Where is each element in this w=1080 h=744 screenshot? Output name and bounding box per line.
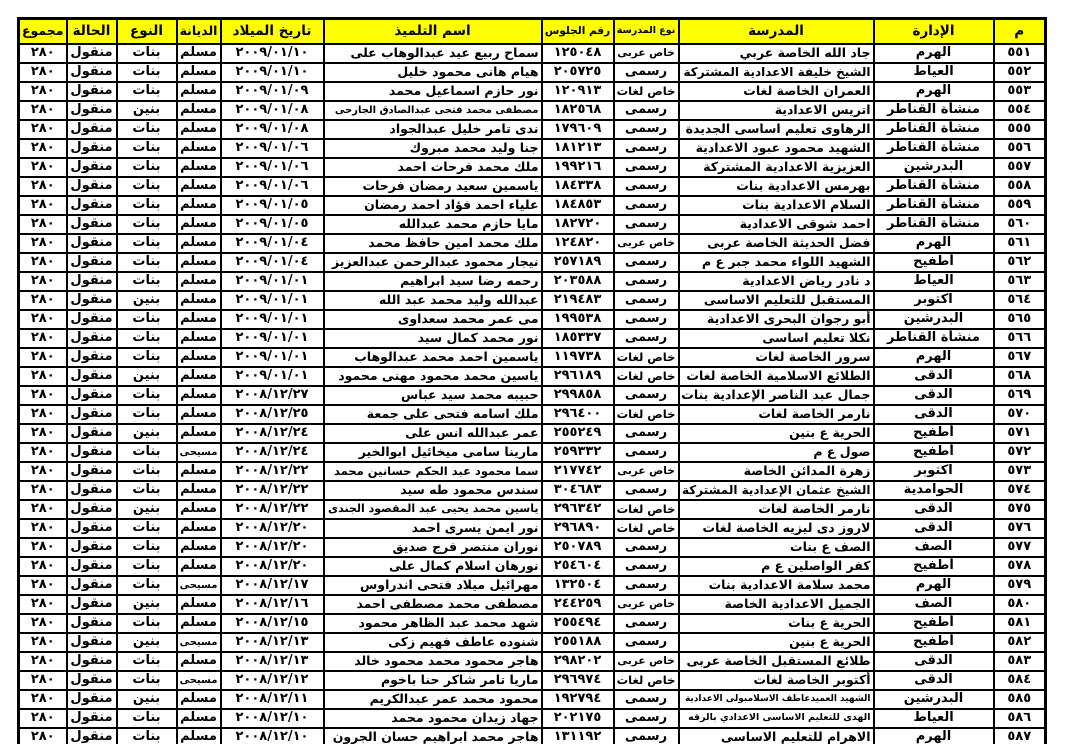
- cell-gender: بنات: [117, 139, 177, 158]
- cell-birth-date: ٢٠٠٩/٠١/٠٦: [221, 139, 324, 158]
- cell-serial: ٥٥٦: [994, 139, 1046, 158]
- table-row: ٥٨٣ الدقى طلائع المستقبل الخاصة عربى خاص…: [19, 652, 1046, 671]
- cell-total: ٢٨٠: [19, 63, 67, 82]
- cell-religion: مسلم: [177, 462, 221, 481]
- table-row: ٥٧٦ الدقى لاروز دى ليزيه الخاصة لغات خاص…: [19, 519, 1046, 538]
- cell-religion: مسلم: [177, 690, 221, 709]
- cell-serial: ٥٦٠: [994, 215, 1046, 234]
- cell-serial: ٥٥٣: [994, 82, 1046, 101]
- cell-serial: ٥٥٨: [994, 177, 1046, 196]
- cell-gender: بنات: [117, 177, 177, 196]
- cell-birth-date: ٢٠٠٩/٠١/٠١: [221, 329, 324, 348]
- table-row: ٥٧٥ الدقى نارمر الخاصة لغات خاص لغات ٢٩٦…: [19, 500, 1046, 519]
- cell-total: ٢٨٠: [19, 329, 67, 348]
- cell-administration: أطفيح: [874, 633, 994, 652]
- cell-gender: بنات: [117, 63, 177, 82]
- cell-religion: مسلم: [177, 519, 221, 538]
- table-row: ٥٦٢ أطفيح الشهيد اللواء محمد جبر ع م رسم…: [19, 253, 1046, 272]
- column-header-seat-number: رقم الجلوس: [542, 19, 614, 45]
- cell-seat-number: ٢٩٩٨٥٨: [542, 386, 614, 405]
- table-row: ٥٥٤ منشأة القناطر اتريس الاعدادية رسمى ١…: [19, 101, 1046, 120]
- cell-serial: ٥٦١: [994, 234, 1046, 253]
- cell-student-name: ياسمين احمد محمد عبدالوهاب: [324, 348, 542, 367]
- cell-religion: مسيحى: [177, 576, 221, 595]
- cell-birth-date: ٢٠٠٩/٠١/٠٤: [221, 253, 324, 272]
- cell-religion: مسلم: [177, 215, 221, 234]
- cell-administration: الهرم: [874, 44, 994, 63]
- cell-student-name: حبيبه محمد سيد عباس: [324, 386, 542, 405]
- cell-school-type: رسمى: [614, 443, 679, 462]
- cell-student-name: جنا وليد محمد مبروك: [324, 139, 542, 158]
- cell-school-type: خاص عربى: [614, 462, 679, 481]
- cell-school: الحرية ع بنات: [679, 614, 874, 633]
- cell-total: ٢٨٠: [19, 614, 67, 633]
- cell-student-name: هيام هانى محمود خليل: [324, 63, 542, 82]
- cell-administration: منشأة القناطر: [874, 101, 994, 120]
- cell-school-type: رسمى: [614, 272, 679, 291]
- cell-school: المستقبل للتعليم الاساسى: [679, 291, 874, 310]
- table-row: ٥٦٨ الدقى الطلائع الاسلامية الخاصة لغات …: [19, 367, 1046, 386]
- cell-total: ٢٨٠: [19, 386, 67, 405]
- cell-seat-number: ١٩٢٧٩٤: [542, 690, 614, 709]
- cell-total: ٢٨٠: [19, 557, 67, 576]
- cell-religion: مسلم: [177, 709, 221, 728]
- cell-gender: بنات: [117, 443, 177, 462]
- cell-status: منقول: [67, 405, 117, 424]
- cell-student-name: جهاد زيدان محمود محمد: [324, 709, 542, 728]
- cell-status: منقول: [67, 633, 117, 652]
- cell-total: ٢٨٠: [19, 44, 67, 63]
- cell-total: ٢٨٠: [19, 101, 67, 120]
- cell-student-name: عبدالله وليد محمد عبد الله: [324, 291, 542, 310]
- table-row: ٥٧٣ اكتوبر زهرة المدائن الخاصة خاص عربى …: [19, 462, 1046, 481]
- cell-serial: ٥٦٤: [994, 291, 1046, 310]
- cell-gender: بنات: [117, 120, 177, 139]
- cell-total: ٢٨٠: [19, 234, 67, 253]
- cell-serial: ٥٨٧: [994, 728, 1046, 744]
- cell-total: ٢٨٠: [19, 595, 67, 614]
- cell-student-name: ياسمين سعيد رمضان فرحات: [324, 177, 542, 196]
- cell-seat-number: ٢٩٦٨٩٠: [542, 519, 614, 538]
- cell-student-name: ياسين محمد محمود مهنى محمود: [324, 367, 542, 386]
- cell-total: ٢٨٠: [19, 690, 67, 709]
- cell-school: الجميل الاعدادية الخاصة: [679, 595, 874, 614]
- cell-student-name: محمود محمد عمر عبدالكريم: [324, 690, 542, 709]
- cell-school-type: خاص عربى: [614, 234, 679, 253]
- cell-status: منقول: [67, 386, 117, 405]
- cell-seat-number: ٣٠٤٦٨٣: [542, 481, 614, 500]
- cell-total: ٢٨٠: [19, 671, 67, 690]
- table-row: ٥٨٥ البدرشين الشهيد العميدعاطف الاسلامبو…: [19, 690, 1046, 709]
- cell-seat-number: ١٢٤٨٢٠: [542, 234, 614, 253]
- cell-student-name: مصطفى محمد فتحى عبدالصادق الجارحى: [324, 101, 542, 120]
- cell-total: ٢٨٠: [19, 652, 67, 671]
- cell-seat-number: ١١٩٧٣٨: [542, 348, 614, 367]
- cell-total: ٢٨٠: [19, 728, 67, 744]
- table-row: ٥٧٤ الحوامدية الشيخ عثمان الإعدادية المش…: [19, 481, 1046, 500]
- cell-school: سرور الخاصة لغات: [679, 348, 874, 367]
- cell-school-type: رسمى: [614, 386, 679, 405]
- cell-status: منقول: [67, 652, 117, 671]
- cell-school: الهدى للتعليم الاساسى الاعدادي بالرقه: [679, 709, 874, 728]
- cell-student-name: سما محمود عبد الحكم حسانين محمد: [324, 462, 542, 481]
- cell-religion: مسلم: [177, 44, 221, 63]
- cell-religion: مسلم: [177, 595, 221, 614]
- cell-religion: مسلم: [177, 614, 221, 633]
- table-row: ٥٥٦ منشأة القناطر الشهيد محمود عبود الاع…: [19, 139, 1046, 158]
- cell-serial: ٥٧٨: [994, 557, 1046, 576]
- cell-school-type: رسمى: [614, 291, 679, 310]
- cell-school: لاروز دى ليزيه الخاصة لغات: [679, 519, 874, 538]
- cell-administration: منشأة القناطر: [874, 215, 994, 234]
- student-results-sheet: م الإدارة المدرسة نوع المدرسة رقم الجلوس…: [0, 0, 1080, 744]
- cell-seat-number: ٢٩٦٤٠٠: [542, 405, 614, 424]
- cell-school-type: رسمى: [614, 253, 679, 272]
- cell-school-type: رسمى: [614, 728, 679, 744]
- cell-religion: مسلم: [177, 63, 221, 82]
- table-body: ٥٥١ الهرم جاد الله الخاصة عربي خاص عربى …: [19, 44, 1046, 744]
- cell-seat-number: ٢٩٨٢٠٢: [542, 652, 614, 671]
- cell-birth-date: ٢٠٠٩/٠١/٠٥: [221, 196, 324, 215]
- cell-seat-number: ١٨٤٣٣٨: [542, 177, 614, 196]
- cell-seat-number: ١٢٠٩١٣: [542, 82, 614, 101]
- column-header-student-name: اسم التلميذ: [324, 19, 542, 45]
- cell-school: فضل الحديثة الخاصة عربى: [679, 234, 874, 253]
- cell-total: ٢٨٠: [19, 139, 67, 158]
- cell-student-name: نور حازم اسماعيل محمد: [324, 82, 542, 101]
- cell-status: منقول: [67, 291, 117, 310]
- cell-birth-date: ٢٠٠٩/٠١/٠١: [221, 291, 324, 310]
- table-row: ٥٥٢ العياط الشيخ خليفة الاعدادية المشترك…: [19, 63, 1046, 82]
- cell-school-type: خاص عربى: [614, 595, 679, 614]
- cell-status: منقول: [67, 367, 117, 386]
- cell-gender: بنات: [117, 310, 177, 329]
- cell-administration: منشأة القناطر: [874, 177, 994, 196]
- table-row: ٥٥٩ منشأة القناطر السلام الاعدادية بنات …: [19, 196, 1046, 215]
- cell-seat-number: ٢٠٣٥٨٨: [542, 272, 614, 291]
- cell-total: ٢٨٠: [19, 462, 67, 481]
- cell-school: أبو رجوان البحرى الاعدادية: [679, 310, 874, 329]
- cell-total: ٢٨٠: [19, 215, 67, 234]
- cell-birth-date: ٢٠٠٩/٠١/٠٥: [221, 215, 324, 234]
- cell-school: الشيخ عثمان الإعدادية المشتركة: [679, 481, 874, 500]
- cell-school: نكلا تعليم اساسى: [679, 329, 874, 348]
- cell-student-name: ندى تامر خليل عبدالجواد: [324, 120, 542, 139]
- cell-religion: مسيحى: [177, 633, 221, 652]
- cell-serial: ٥٨٦: [994, 709, 1046, 728]
- cell-administration: اكتوبر: [874, 462, 994, 481]
- cell-school: الشهيد العميدعاطف الاسلامبولى الاعدادية: [679, 690, 874, 709]
- cell-serial: ٥٦٣: [994, 272, 1046, 291]
- cell-religion: مسلم: [177, 652, 221, 671]
- cell-gender: بنين: [117, 291, 177, 310]
- cell-religion: مسلم: [177, 386, 221, 405]
- cell-school: جاد الله الخاصة عربي: [679, 44, 874, 63]
- cell-birth-date: ٢٠٠٩/٠١/٠٦: [221, 177, 324, 196]
- cell-birth-date: ٢٠٠٨/١٢/٢٠: [221, 519, 324, 538]
- cell-seat-number: ٢٠٢١٧٥: [542, 709, 614, 728]
- cell-status: منقول: [67, 595, 117, 614]
- cell-serial: ٥٧٥: [994, 500, 1046, 519]
- cell-serial: ٥٥١: [994, 44, 1046, 63]
- cell-religion: مسلم: [177, 329, 221, 348]
- cell-birth-date: ٢٠٠٩/٠١/٠١: [221, 310, 324, 329]
- cell-total: ٢٨٠: [19, 310, 67, 329]
- cell-status: منقول: [67, 443, 117, 462]
- cell-seat-number: ٢٩٦٩٧٤: [542, 671, 614, 690]
- cell-administration: الصف: [874, 538, 994, 557]
- cell-school: صول ع م: [679, 443, 874, 462]
- cell-serial: ٥٦٩: [994, 386, 1046, 405]
- cell-school: احمد شوقى الاعدادية: [679, 215, 874, 234]
- cell-student-name: ماريا تامر شاكر حنا باخوم: [324, 671, 542, 690]
- cell-administration: الدقى: [874, 405, 994, 424]
- cell-total: ٢٨٠: [19, 709, 67, 728]
- cell-religion: مسلم: [177, 500, 221, 519]
- cell-total: ٢٨٠: [19, 291, 67, 310]
- cell-total: ٢٨٠: [19, 633, 67, 652]
- cell-religion: مسلم: [177, 367, 221, 386]
- cell-school: الشهيد اللواء محمد جبر ع م: [679, 253, 874, 272]
- table-row: ٥٦٤ اكتوبر المستقبل للتعليم الاساسى رسمى…: [19, 291, 1046, 310]
- cell-student-name: نور محمد كمال سيد: [324, 329, 542, 348]
- cell-gender: بنات: [117, 196, 177, 215]
- cell-gender: بنات: [117, 215, 177, 234]
- cell-serial: ٥٨٣: [994, 652, 1046, 671]
- table-row: ٥٦١ الهرم فضل الحديثة الخاصة عربى خاص عر…: [19, 234, 1046, 253]
- cell-gender: بنات: [117, 652, 177, 671]
- cell-total: ٢٨٠: [19, 519, 67, 538]
- cell-student-name: هاجر محمود محمد محمود خالد: [324, 652, 542, 671]
- cell-administration: الهرم: [874, 82, 994, 101]
- cell-religion: مسلم: [177, 481, 221, 500]
- cell-gender: بنات: [117, 348, 177, 367]
- cell-student-name: ملك محمد فرحات احمد: [324, 158, 542, 177]
- cell-school: اتريس الاعدادية: [679, 101, 874, 120]
- cell-religion: مسلم: [177, 310, 221, 329]
- cell-school: العزيزية الاعدادية المشتركة: [679, 158, 874, 177]
- cell-status: منقول: [67, 215, 117, 234]
- cell-religion: مسلم: [177, 177, 221, 196]
- column-header-school-type: نوع المدرسة: [614, 19, 679, 45]
- cell-student-name: سماح ربيع عيد عبدالوهاب على: [324, 44, 542, 63]
- cell-religion: مسلم: [177, 139, 221, 158]
- column-header-total: مجموع: [19, 19, 67, 45]
- cell-student-name: نور ايمن يسرى احمد: [324, 519, 542, 538]
- cell-serial: ٥٧٩: [994, 576, 1046, 595]
- cell-administration: منشأة القناطر: [874, 329, 994, 348]
- cell-total: ٢٨٠: [19, 481, 67, 500]
- cell-seat-number: ٢٩٦٣٤٢: [542, 500, 614, 519]
- cell-serial: ٥٧٤: [994, 481, 1046, 500]
- cell-status: منقول: [67, 557, 117, 576]
- cell-school-type: خاص لغات: [614, 82, 679, 101]
- cell-seat-number: ٢٥٥٤٩٤: [542, 614, 614, 633]
- cell-gender: بنات: [117, 557, 177, 576]
- cell-school-type: رسمى: [614, 557, 679, 576]
- cell-school-type: رسمى: [614, 196, 679, 215]
- table-row: ٥٧٨ أطفيح كفر الواصلين ع م رسمى ٢٥٤٦٠٤ ن…: [19, 557, 1046, 576]
- table-row: ٥٧٩ الهرم محمد سلامة الاعدادية بنات رسمى…: [19, 576, 1046, 595]
- table-row: ٥٦٧ الهرم سرور الخاصة لغات خاص لغات ١١٩٧…: [19, 348, 1046, 367]
- table-row: ٥٦٠ منشأة القناطر احمد شوقى الاعدادية رس…: [19, 215, 1046, 234]
- cell-total: ٢٨٠: [19, 348, 67, 367]
- cell-administration: البدرشين: [874, 690, 994, 709]
- cell-seat-number: ١٨٥٣٣٧: [542, 329, 614, 348]
- cell-administration: الدقى: [874, 367, 994, 386]
- cell-status: منقول: [67, 234, 117, 253]
- column-header-birth-date: تاريخ الميلاد: [221, 19, 324, 45]
- cell-student-name: ملك اسامه فتحى على جمعة: [324, 405, 542, 424]
- cell-school-type: رسمى: [614, 329, 679, 348]
- cell-total: ٢٨٠: [19, 576, 67, 595]
- cell-school: نارمر الخاصة لغات: [679, 500, 874, 519]
- cell-school: محمد سلامة الاعدادية بنات: [679, 576, 874, 595]
- cell-birth-date: ٢٠٠٨/١٢/٢٢: [221, 500, 324, 519]
- cell-seat-number: ٢١٩٤٨٣: [542, 291, 614, 310]
- cell-gender: بنات: [117, 671, 177, 690]
- cell-student-name: مايا حازم محمد عبدالله: [324, 215, 542, 234]
- cell-religion: مسلم: [177, 253, 221, 272]
- cell-seat-number: ٢٥٤٦٠٤: [542, 557, 614, 576]
- students-table: م الإدارة المدرسة نوع المدرسة رقم الجلوس…: [17, 17, 1047, 744]
- cell-administration: الدقى: [874, 652, 994, 671]
- cell-serial: ٥٦٦: [994, 329, 1046, 348]
- cell-administration: الصف: [874, 595, 994, 614]
- cell-status: منقول: [67, 538, 117, 557]
- cell-administration: العياط: [874, 63, 994, 82]
- cell-gender: بنين: [117, 633, 177, 652]
- cell-administration: أطفيح: [874, 443, 994, 462]
- cell-birth-date: ٢٠٠٨/١٢/١٦: [221, 595, 324, 614]
- table-row: ٥٦٦ منشأة القناطر نكلا تعليم اساسى رسمى …: [19, 329, 1046, 348]
- table-row: ٥٧١ أطفيح الحرية ع بنين رسمى ٢٥٥٢٤٩ عمر …: [19, 424, 1046, 443]
- cell-school-type: رسمى: [614, 633, 679, 652]
- cell-gender: بنات: [117, 576, 177, 595]
- cell-status: منقول: [67, 519, 117, 538]
- cell-serial: ٥٧٧: [994, 538, 1046, 557]
- cell-serial: ٥٧٣: [994, 462, 1046, 481]
- cell-status: منقول: [67, 177, 117, 196]
- cell-school: الشيخ خليفة الاعدادية المشتركة: [679, 63, 874, 82]
- cell-school-type: رسمى: [614, 709, 679, 728]
- table-row: ٥٦٣ العياط د نادر رياض الاعدادية رسمى ٢٠…: [19, 272, 1046, 291]
- cell-religion: مسلم: [177, 424, 221, 443]
- cell-administration: الدقى: [874, 671, 994, 690]
- cell-school-type: رسمى: [614, 158, 679, 177]
- header-row: م الإدارة المدرسة نوع المدرسة رقم الجلوس…: [19, 19, 1046, 45]
- cell-total: ٢٨٠: [19, 272, 67, 291]
- cell-school: زهرة المدائن الخاصة: [679, 462, 874, 481]
- table-row: ٥٧٢ أطفيح صول ع م رسمى ٢٥٩٣٣٢ مارينا سام…: [19, 443, 1046, 462]
- cell-school-type: رسمى: [614, 310, 679, 329]
- cell-birth-date: ٢٠٠٩/٠١/٠١: [221, 367, 324, 386]
- cell-gender: بنات: [117, 386, 177, 405]
- column-header-serial: م: [994, 19, 1046, 45]
- table-row: ٥٨٧ الهرم الاهرام للتعليم الاساسى رسمى ١…: [19, 728, 1046, 744]
- cell-seat-number: ٢٥٠٧٨٩: [542, 538, 614, 557]
- cell-gender: بنات: [117, 462, 177, 481]
- cell-administration: أطفيح: [874, 557, 994, 576]
- cell-gender: بنات: [117, 44, 177, 63]
- cell-religion: مسلم: [177, 272, 221, 291]
- cell-status: منقول: [67, 139, 117, 158]
- cell-school-type: رسمى: [614, 481, 679, 500]
- cell-school: الحرية ع بنين: [679, 424, 874, 443]
- cell-total: ٢٨٠: [19, 177, 67, 196]
- cell-status: منقول: [67, 310, 117, 329]
- cell-serial: ٥٨٥: [994, 690, 1046, 709]
- cell-total: ٢٨٠: [19, 367, 67, 386]
- cell-school: الرهاوى تعليم اساسى الجديدة: [679, 120, 874, 139]
- cell-gender: بنات: [117, 329, 177, 348]
- cell-birth-date: ٢٠٠٨/١٢/٢٠: [221, 538, 324, 557]
- table-row: ٥٦٩ الدقى جمال عبد الناصر الإعدادية بنات…: [19, 386, 1046, 405]
- cell-school-type: رسمى: [614, 690, 679, 709]
- cell-seat-number: ١٩٩٥٣٨: [542, 310, 614, 329]
- table-row: ٥٨٤ الدقى أكتوبر الخاصة لغات خاص لغات ٢٩…: [19, 671, 1046, 690]
- cell-serial: ٥٥٥: [994, 120, 1046, 139]
- cell-student-name: شنوده عاطف فهيم زكى: [324, 633, 542, 652]
- cell-seat-number: ١٨١٢١٣: [542, 139, 614, 158]
- cell-administration: العياط: [874, 272, 994, 291]
- cell-school-type: خاص عربى: [614, 44, 679, 63]
- cell-school-type: رسمى: [614, 215, 679, 234]
- cell-birth-date: ٢٠٠٨/١٢/١٣: [221, 652, 324, 671]
- cell-seat-number: ٢٤٤٢٥٩: [542, 595, 614, 614]
- cell-birth-date: ٢٠٠٨/١٢/١٣: [221, 633, 324, 652]
- cell-birth-date: ٢٠٠٩/٠١/٠١: [221, 272, 324, 291]
- cell-school-type: رسمى: [614, 538, 679, 557]
- cell-gender: بنات: [117, 272, 177, 291]
- cell-school-type: رسمى: [614, 576, 679, 595]
- cell-serial: ٥٨٠: [994, 595, 1046, 614]
- cell-seat-number: ٢٥٩٣٣٢: [542, 443, 614, 462]
- cell-religion: مسلم: [177, 728, 221, 744]
- cell-seat-number: ٢٠٥٧٢٥: [542, 63, 614, 82]
- cell-birth-date: ٢٠٠٨/١٢/١١: [221, 690, 324, 709]
- cell-religion: مسلم: [177, 120, 221, 139]
- cell-student-name: هاجر محمد ابراهيم حسان الجرون: [324, 728, 542, 744]
- cell-status: منقول: [67, 576, 117, 595]
- cell-gender: بنين: [117, 500, 177, 519]
- table-row: ٥٨٦ العياط الهدى للتعليم الاساسى الاعداد…: [19, 709, 1046, 728]
- cell-school-type: خاص لغات: [614, 405, 679, 424]
- cell-school: د نادر رياض الاعدادية: [679, 272, 874, 291]
- cell-school-type: خاص لغات: [614, 519, 679, 538]
- cell-school: جمال عبد الناصر الإعدادية بنات: [679, 386, 874, 405]
- cell-status: منقول: [67, 63, 117, 82]
- cell-birth-date: ٢٠٠٩/٠١/٠٨: [221, 120, 324, 139]
- cell-gender: بنات: [117, 234, 177, 253]
- table-row: ٥٧٧ الصف الصف ع بنات رسمى ٢٥٠٧٨٩ نوران م…: [19, 538, 1046, 557]
- cell-school-type: خاص عربى: [614, 652, 679, 671]
- cell-status: منقول: [67, 462, 117, 481]
- cell-gender: بنين: [117, 595, 177, 614]
- cell-administration: الحوامدية: [874, 481, 994, 500]
- cell-status: منقول: [67, 348, 117, 367]
- cell-status: منقول: [67, 44, 117, 63]
- cell-status: منقول: [67, 101, 117, 120]
- cell-religion: مسيحى: [177, 443, 221, 462]
- cell-student-name: مهرائيل ميلاد فتحى اندراوس: [324, 576, 542, 595]
- cell-birth-date: ٢٠٠٨/١٢/٢٥: [221, 405, 324, 424]
- cell-seat-number: ٢٩٦١٨٩: [542, 367, 614, 386]
- cell-administration: البدرشين: [874, 310, 994, 329]
- cell-status: منقول: [67, 272, 117, 291]
- column-header-religion: الديانة: [177, 19, 221, 45]
- cell-seat-number: ١٢٥٠٤٨: [542, 44, 614, 63]
